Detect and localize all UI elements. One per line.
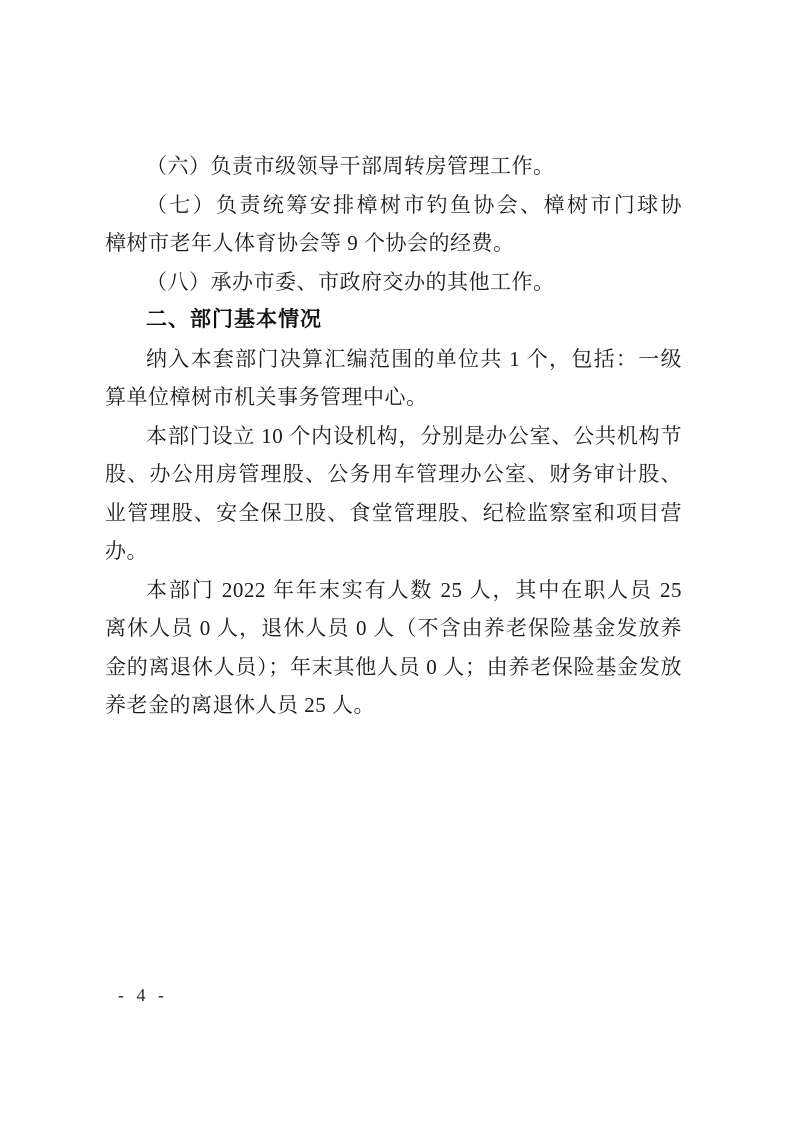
- text-line: 股、办公用房管理股、公务用车管理办公室、财务审计股、物: [105, 455, 682, 494]
- text-line: 本部门设立 10 个内设机构，分别是办公室、公共机构节能: [105, 417, 682, 456]
- text-line: 纳入本套部门决算汇编范围的单位共 1 个，包括：一级预: [105, 340, 682, 379]
- text-line: 养老金的离退休人员 25 人。: [105, 686, 682, 725]
- text-line: 业管理股、安全保卫股、食堂管理股、纪检监察室和项目营商: [105, 494, 682, 533]
- document-page: （六）负责市级领导干部周转房管理工作。（七）负责统筹安排樟树市钓鱼协会、樟树市门…: [0, 0, 793, 1122]
- text-line: 离休人员 0 人，退休人员 0 人（不含由养老保险基金发放养老: [105, 609, 682, 648]
- section-heading: 二、部门基本情况: [105, 301, 682, 340]
- text-line: 算单位樟树市机关事务管理中心。: [105, 378, 682, 417]
- text-line: 樟树市老年人体育协会等 9 个协会的经费。: [105, 224, 682, 263]
- page-number: - 4 -: [118, 983, 168, 1007]
- text-line: 本部门 2022 年年末实有人数 25 人，其中在职人员 25 人，: [105, 571, 682, 610]
- text-line: 办。: [105, 532, 682, 571]
- text-line: （八）承办市委、市政府交办的其他工作。: [105, 263, 682, 302]
- document-body: （六）负责市级领导干部周转房管理工作。（七）负责统筹安排樟树市钓鱼协会、樟树市门…: [105, 147, 682, 725]
- text-line: （六）负责市级领导干部周转房管理工作。: [105, 147, 682, 186]
- text-line: （七）负责统筹安排樟树市钓鱼协会、樟树市门球协会、: [105, 186, 682, 225]
- text-line: 金的离退休人员）；年末其他人员 0 人；由养老保险基金发放: [105, 648, 682, 687]
